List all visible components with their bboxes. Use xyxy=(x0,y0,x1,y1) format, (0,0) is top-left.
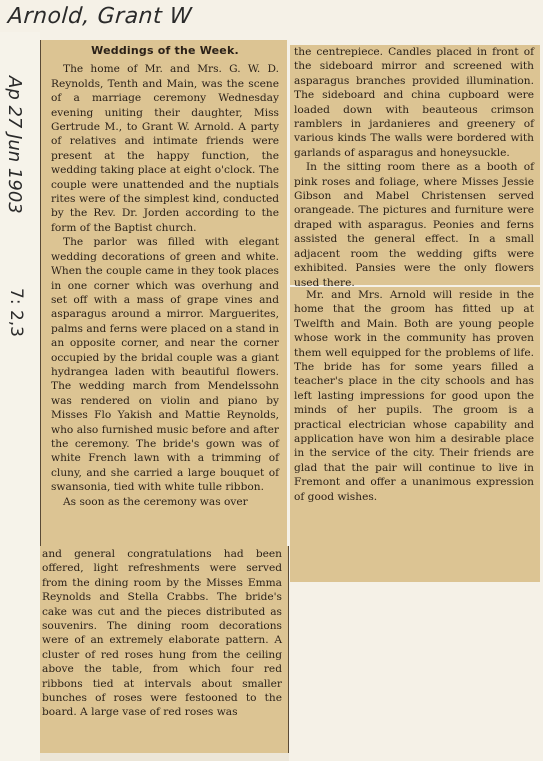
paragraph: Mr. and Mrs. Arnold will reside in the h… xyxy=(294,288,534,504)
handwritten-date-annotation: Ap 27 Jun 1903 xyxy=(4,76,25,214)
paragraph: The home of Mr. and Mrs. G. W. D. Reynol… xyxy=(51,62,279,235)
paragraph: the centrepiece. Candles placed in front… xyxy=(294,45,534,160)
article-headline: Weddings of the Week. xyxy=(51,44,279,58)
clipping-edge-shadow xyxy=(40,753,289,761)
paragraph: As soon as the ceremony was over xyxy=(51,495,279,509)
paragraph: In the sitting room there as a booth of … xyxy=(294,160,534,290)
left-margin: Ap 27 Jun 1903 7: 2,3 xyxy=(0,32,40,761)
clipping-column2-top: the centrepiece. Candles placed in front… xyxy=(290,45,540,285)
handwritten-page-reference: 7: 2,3 xyxy=(6,288,26,337)
clipping-column1-bottom: and general congratulations had been off… xyxy=(40,546,289,753)
paragraph: The parlor was filled with elegant weddi… xyxy=(51,235,279,494)
scrapbook-page: Arnold, Grant W Ap 27 Jun 1903 7: 2,3 We… xyxy=(0,0,543,761)
paragraph: and general congratulations had been off… xyxy=(42,547,282,720)
clipping-column1-top: Weddings of the Week. The home of Mr. an… xyxy=(40,40,287,548)
handwritten-name-annotation: Arnold, Grant W xyxy=(7,4,193,29)
clipping-column2-bottom: Mr. and Mrs. Arnold will reside in the h… xyxy=(290,286,540,582)
